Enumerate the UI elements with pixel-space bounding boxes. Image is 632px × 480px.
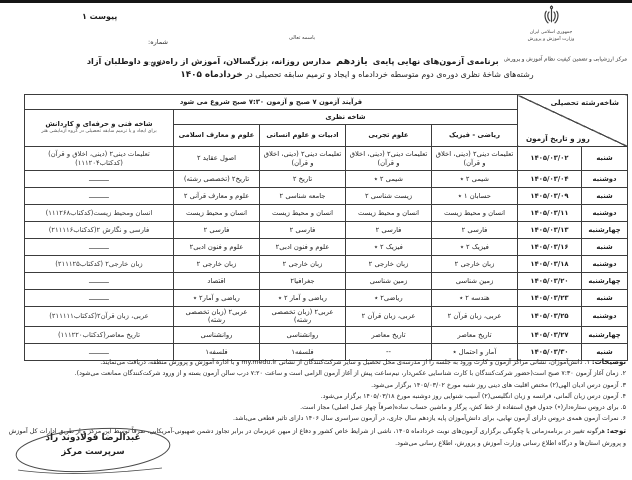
exam-cell: تعلیمات دینی۲ (دینی، اخلاق و قرآن) <box>432 147 518 171</box>
table-row: شنبه۱۴۰۵/۰۳/۱۶فیزیک ۲ ٭فیزیک ۲ ٭علوم و ف… <box>24 239 627 256</box>
exam-date: ۱۴۰۵/۰۳/۱۶ <box>518 239 582 256</box>
exam-cell: شیمی ۲ ٭ <box>346 171 432 188</box>
exam-cell: فارسی ۲ <box>260 222 346 239</box>
note-item: ۳. آزمون درس ادیان الهی(۲) مختص اقلیت ها… <box>6 380 626 391</box>
exam-day: دوشنبه <box>582 205 628 222</box>
exam-cell: علوم و فنون ادبی۲ <box>260 239 346 256</box>
exam-day: شنبه <box>582 188 628 205</box>
column-literature-humanities: ادبیات و علوم انسانی <box>260 125 346 147</box>
exam-cell: اقتصاد <box>174 273 260 290</box>
column-islamic-studies: علوم و معارف اسلامی <box>174 125 260 147</box>
notes-label: توضیحات: <box>592 358 626 366</box>
subtitle-text: رشته‌های شاخهٔ نظری دوره‌ی دوم متوسطه خر… <box>245 70 533 79</box>
exam-cell: تعلیمات دینی۲ (دینی، اخلاق و قرآن) <box>346 147 432 171</box>
exam-cell: عربی، زبان قرآن ۲ <box>346 307 432 327</box>
signer-name: عبدالرضا فولادوند راد <box>12 433 174 443</box>
attachment-label: پیوست ۱ <box>82 12 117 21</box>
exam-cell: فارسی ۲ <box>174 222 260 239</box>
exam-cell: علوم و معارف قرآنی ۲ <box>174 188 260 205</box>
iran-emblem-icon <box>543 11 560 30</box>
column-experimental-sciences: علوم تجربی <box>346 125 432 147</box>
exam-day: شنبه <box>582 290 628 307</box>
exam-cell: تاریخ ۲ <box>260 171 346 188</box>
note-item: ۴. آزمون درس زبان آلمانی، فرانسه و زبان … <box>6 391 626 402</box>
corner-bottom-label: روز و تاریخ آزمون <box>526 134 590 143</box>
exam-cell: زیست شناسی ۲ <box>346 188 432 205</box>
table-row: شنبه۱۴۰۵/۰۳/۰۹حسابان ۱ ٭زیست شناسی ۲جامع… <box>24 188 627 205</box>
table-row: دوشنبه۱۴۰۵/۰۳/۲۵عربی، زبان قرآن ۲عربی، ز… <box>24 307 627 327</box>
exam-cell: جامعه شناسی ۲ <box>260 188 346 205</box>
exam-cell: فارسی ۲ <box>432 222 518 239</box>
signer-title: سرپرست مرکز <box>12 447 174 457</box>
exam-cell: انسان و محیط زیست <box>260 205 346 222</box>
exam-date: ۱۴۰۵/۰۳/۱۳ <box>518 222 582 239</box>
exam-cell: تعلیمات دینی۲ (دینی، اخلاق و قرآن) <box>260 147 346 171</box>
number-label: شماره: <box>148 38 168 46</box>
exam-day: شنبه <box>582 239 628 256</box>
exam-date: ۱۴۰۵/۰۳/۱۸ <box>518 256 582 273</box>
exam-date: ۱۴۰۵/۰۳/۱۱ <box>518 205 582 222</box>
exam-cell: تاریخ معاصر <box>432 326 518 343</box>
process-note: فرآیند آزمون ۷ صبح و آزمون ۷:۳۰ صبح شروع… <box>24 95 517 110</box>
exam-cell: علوم و فنون ادبی۲ <box>174 239 260 256</box>
exam-cell: عربی، زبان قرآن ۲ <box>432 307 518 327</box>
exam-cell-vocational: تعلیمات دینی۲ (دینی، اخلاق و قرآن)(کدکتا… <box>24 147 173 171</box>
exam-day: چهارشنبه <box>582 222 628 239</box>
note-item: توضیحات: ۱. دانش‌آموزان، نشانی مراکز آزم… <box>6 356 626 368</box>
exam-date: ۱۴۰۵/۰۳/۲۵ <box>518 307 582 327</box>
ministry-block: جمهوری اسلامی ایران وزارت آموزش و پرورش <box>508 5 594 44</box>
exam-cell-vocational: عربی، زبان قرآن۲(کدکتاب۲۱۱۱۱۱) <box>24 307 173 327</box>
exam-date: ۱۴۰۵/۰۳/۲۷ <box>518 326 582 343</box>
table-row: دوشنبه۱۴۰۵/۰۳/۰۴شیمی ۲ ٭شیمی ۲ ٭تاریخ ۲ت… <box>24 171 627 188</box>
exam-cell: ریاضی و آمار۲ ٭ <box>174 290 260 307</box>
exam-cell-vocational: فارسی و نگارش ۲(کدکتاب۲۱۱۱۱۶) <box>24 222 173 239</box>
vocational-header-subtitle: برای ایجاد و یا ترمیم سابقه تحصیلی در گر… <box>27 129 171 136</box>
country-name: جمهوری اسلامی ایران <box>508 30 594 37</box>
exam-cell-vocational: زبان خارجی۲ (کدکتاب۲۱۱۱۲۵) <box>24 256 173 273</box>
scan-edge <box>0 0 632 3</box>
exam-cell: فارسی ۲ <box>346 222 432 239</box>
exam-cell: زبان خارجی ۲ <box>346 256 432 273</box>
exam-cell: جغرافیا۲ <box>260 273 346 290</box>
exam-cell: زبان خارجی ۲ <box>432 256 518 273</box>
exam-cell: انسان و محیط زیست <box>432 205 518 222</box>
exam-cell: فیزیک ۲ ٭ <box>346 239 432 256</box>
title-line-1: مرکز ارزشیابی و تضمین کیفیت نظام آموزش و… <box>27 49 627 68</box>
table-row: دوشنبه۱۴۰۵/۰۳/۱۸زبان خارجی ۲زبان خارجی ۲… <box>24 256 627 273</box>
exam-date: ۱۴۰۵/۰۳/۲۰ <box>518 273 582 290</box>
title-part-b: مدارس روزانه، بزرگسالان، آموزش از راه‌دو… <box>87 56 331 66</box>
exam-cell: زمین شناسی <box>346 273 432 290</box>
bismillah-text: باسمه تعالی <box>242 35 362 41</box>
exam-cell: اصول عقاید ۲ <box>174 147 260 171</box>
exam-date: ۱۴۰۵/۰۳/۲۳ <box>518 290 582 307</box>
exam-cell-vocational: ــــــــــ <box>24 171 173 188</box>
exam-cell-vocational: ــــــــــ <box>24 188 173 205</box>
title-grade: یازدهم <box>336 56 368 67</box>
exam-day: دوشنبه <box>582 256 628 273</box>
ministry-name: وزارت آموزش و پرورش <box>508 37 594 44</box>
note-text: ۱. دانش‌آموزان، نشانی مراکز آزمون و کارت… <box>100 359 590 366</box>
exam-date: ۱۴۰۵/۰۳/۰۴ <box>518 171 582 188</box>
exam-cell: زمین شناسی <box>432 273 518 290</box>
exam-cell: زبان خارجی ۲ <box>174 256 260 273</box>
exam-cell-vocational: ــــــــــ <box>24 273 173 290</box>
exam-day: دوشنبه <box>582 307 628 327</box>
exam-date: ۱۴۰۵/۰۳/۰۹ <box>518 188 582 205</box>
exam-cell-vocational: ــــــــــ <box>24 239 173 256</box>
title-line-2: رشته‌های شاخهٔ نظری دوره‌ی دوم متوسطه خر… <box>27 70 627 80</box>
exam-cell: تاریخ۲ (تخصصی رشته) <box>174 171 260 188</box>
exam-cell: انسان و محیط زیست <box>174 205 260 222</box>
table-row: چهارشنبه۱۴۰۵/۰۳/۱۳فارسی ۲فارسی ۲فارسی ۲ف… <box>24 222 627 239</box>
exam-cell: انسان و محیط زیست <box>346 205 432 222</box>
subtitle-month: خردادماه ۱۴۰۵ <box>180 70 242 80</box>
exam-cell: هندسه ۲ ٭ <box>432 290 518 307</box>
exam-cell-vocational: انسان ومحیط زیست(کدکتاب۱۱۱۲۶۸) <box>24 205 173 222</box>
exam-cell: شیمی ۲ ٭ <box>432 171 518 188</box>
table-row: شنبه۱۴۰۵/۰۳/۰۲تعلیمات دینی۲ (دینی، اخلاق… <box>24 147 627 171</box>
exam-schedule-table: شاخه‌رشته تحصیلی روز و تاریخ آزمون فرآین… <box>24 94 628 361</box>
table-row: شنبه۱۴۰۵/۰۳/۲۳هندسه ۲ ٭ریاضی۲ ٭ریاضی و آ… <box>24 290 627 307</box>
table-row: چهارشنبه۱۴۰۵/۰۳/۲۰زمین شناسیزمین شناسیجغ… <box>24 273 627 290</box>
exam-cell: حسابان ۱ ٭ <box>432 188 518 205</box>
exam-cell: روانشناسی <box>260 326 346 343</box>
exam-day: چهارشنبه <box>582 326 628 343</box>
exam-cell: زبان خارجی ۲ <box>260 256 346 273</box>
corner-top-label: شاخه‌رشته تحصیلی <box>551 98 619 107</box>
note-item: ۶. نمرات آزمون همه‌ی دروس دارای آزمون نه… <box>6 413 626 424</box>
table-row: دوشنبه۱۴۰۵/۰۳/۱۱انسان و محیط زیستانسان و… <box>24 205 627 222</box>
exam-cell: ریاضی۲ ٭ <box>346 290 432 307</box>
exam-schedule-document: پیوست ۱ شماره: تاریخ: جمهوری اسلامی ایرا… <box>0 0 632 480</box>
attention-label: توجه: <box>607 427 626 435</box>
exam-cell: ریاضی و آمار ۲ ٭ <box>260 290 346 307</box>
center-name: مرکز ارزشیابی و تضمین کیفیت نظام آموزش و… <box>504 57 627 63</box>
exam-cell: عربی۲ (زبان تخصصی رشته) <box>260 307 346 327</box>
exam-cell: عربی۲ (زبان تخصصی رشته) <box>174 307 260 327</box>
vocational-branch-header: شاخه فنی و حرفه‌ای و کاردانش برای ایجاد … <box>24 110 173 147</box>
vocational-header-label: شاخه فنی و حرفه‌ای و کاردانش <box>45 120 152 128</box>
exam-cell: تاریخ معاصر <box>346 326 432 343</box>
table-row: چهارشنبه۱۴۰۵/۰۳/۲۷تاریخ معاصرتاریخ معاصر… <box>24 326 627 343</box>
exam-day: شنبه <box>582 147 628 171</box>
column-math-physics: ریاضی - فیزیک <box>432 125 518 147</box>
note-item: ۵. برای دروس ستاره‌دار(٭) جدول فوق استفا… <box>6 402 626 413</box>
exam-cell: روانشناسی <box>174 326 260 343</box>
exam-cell-vocational: تاریخ معاصر(کدکتاب۱۱۱۲۲۰) <box>24 326 173 343</box>
note-item: ۲. زمان آغاز آزمون ۷:۳۰ صبح است(حضور شرک… <box>6 368 626 379</box>
title-part-a: برنامه‌ی آزمون‌های نهایی پایه‌ی <box>373 56 499 66</box>
exam-cell-vocational: ــــــــــ <box>24 290 173 307</box>
exam-day: چهارشنبه <box>582 273 628 290</box>
exam-day: دوشنبه <box>582 171 628 188</box>
corner-header: شاخه‌رشته تحصیلی روز و تاریخ آزمون <box>518 95 628 147</box>
exam-date: ۱۴۰۵/۰۳/۰۲ <box>518 147 582 171</box>
theory-branch-header: شاخه نظری <box>174 110 518 125</box>
exam-cell: فیزیک ۲ ٭ <box>432 239 518 256</box>
document-title: مرکز ارزشیابی و تضمین کیفیت نظام آموزش و… <box>27 49 627 80</box>
signature-block: عبدالرضا فولادوند راد سرپرست مرکز <box>12 424 174 478</box>
